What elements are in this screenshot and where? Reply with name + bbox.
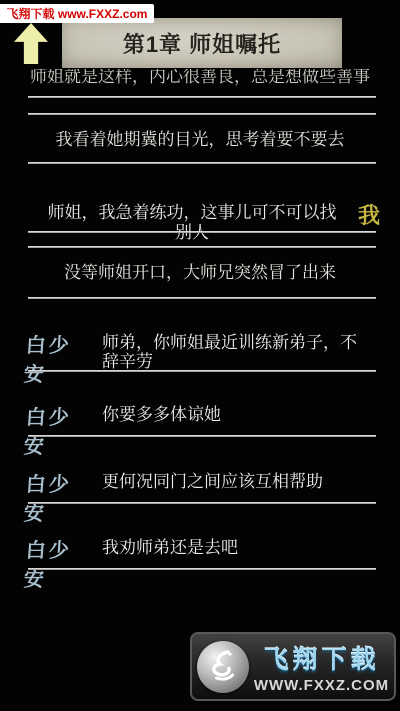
player-message: 师姐，我急着练功，这事儿可不可以找别人 — [40, 203, 344, 243]
npc-message: 白少安 我劝师弟还是去吧 — [25, 534, 372, 592]
chapter-title-bar: 第1章 师姐嘱托 — [62, 18, 342, 68]
divider — [28, 297, 376, 299]
fxxz-site-url: WWW.FXXZ.COM — [254, 677, 389, 694]
npc-message: 白少安 你要多多体谅她 — [25, 401, 372, 459]
divider — [28, 231, 376, 233]
narration-line: 我看着她期冀的目光，思考着要不要去 — [30, 130, 370, 150]
narration-line: 没等师姐开口，大师兄突然冒了出来 — [30, 263, 370, 283]
divider — [28, 435, 376, 437]
divider — [28, 568, 376, 570]
npc-message-text: 师弟，你师姐最近训练新弟子，不辞辛劳 — [102, 329, 372, 371]
npc-speaker-name: 白少安 — [23, 401, 95, 459]
watermark-banner: 飞翔下载 www.FXXZ.com — [0, 4, 154, 23]
watermark-text: 飞翔下载 www.FXXZ.com — [7, 5, 148, 22]
npc-message-text: 更何况同门之间应该互相帮助 — [102, 468, 372, 491]
npc-message: 白少安 更何况同门之间应该互相帮助 — [25, 468, 372, 526]
game-screen[interactable]: 第1章 师姐嘱托 飞翔下载 www.FXXZ.com 师姐就是这样，内心很善良，… — [0, 0, 400, 711]
npc-speaker-name: 白少安 — [23, 534, 95, 592]
npc-speaker-name: 白少安 — [23, 468, 95, 526]
divider — [28, 370, 376, 372]
npc-message-text: 你要多多体谅她 — [102, 401, 372, 424]
narration-line-clipped: 师姐就是这样，内心很善良，总是想做些善事 — [16, 69, 384, 91]
up-arrow-icon[interactable] — [14, 23, 48, 64]
fxxz-logo-text: 飞翔下载 WWW.FXXZ.COM — [249, 640, 394, 694]
fxxz-logo-badge — [197, 641, 249, 693]
npc-message-text: 我劝师弟还是去吧 — [102, 534, 372, 557]
player-speaker-tag: 我 — [358, 199, 380, 230]
divider — [28, 96, 376, 98]
npc-speaker-name: 白少安 — [23, 329, 95, 387]
npc-message: 白少安 师弟，你师姐最近训练新弟子，不辞辛劳 — [25, 329, 372, 387]
divider — [28, 246, 376, 248]
fxxz-logo: 飞翔下载 WWW.FXXZ.COM — [190, 632, 396, 701]
fxxz-bird-icon — [203, 647, 243, 687]
divider — [28, 113, 376, 115]
divider — [28, 162, 376, 164]
fxxz-brand-name: 飞翔下载 — [263, 640, 379, 676]
chapter-title: 第1章 师姐嘱托 — [123, 28, 281, 59]
divider — [28, 502, 376, 504]
